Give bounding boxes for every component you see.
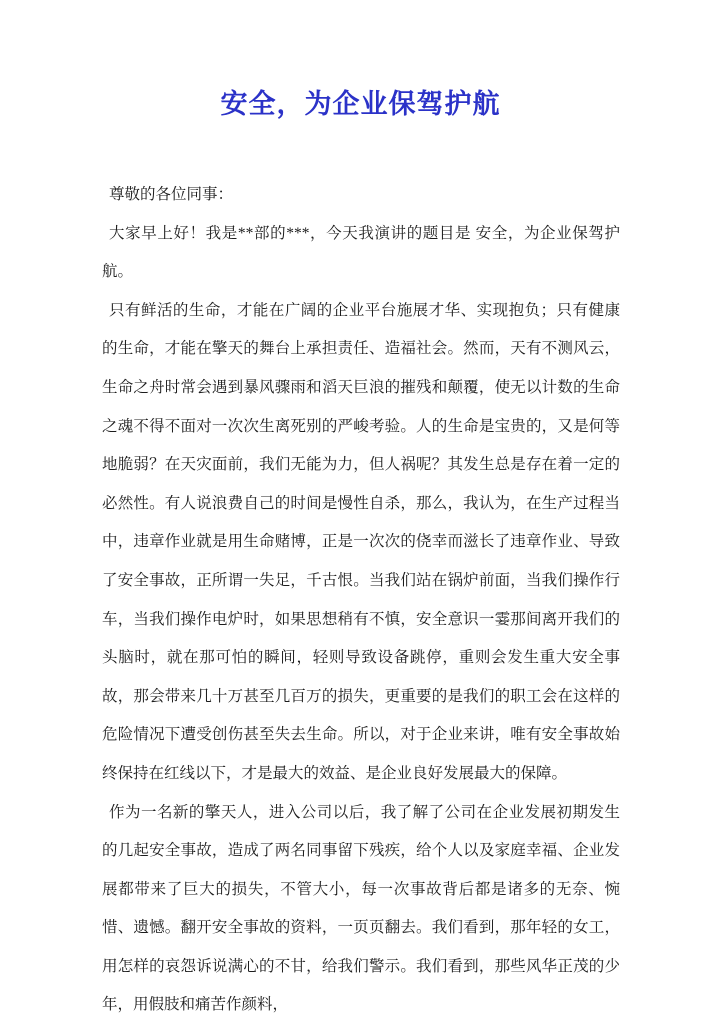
- body-paragraph: 只有鲜活的生命，才能在广阔的企业平台施展才华、实现抱负；只有健康的生命，才能在擎…: [102, 292, 620, 794]
- document-body: 尊敬的各位同事： 大家早上好！我是**部的***，今天我演讲的题目是 安全，为企…: [102, 176, 620, 1020]
- document-title: 安全，为企业保驾护航: [0, 0, 721, 124]
- greeting-paragraph: 大家早上好！我是**部的***，今天我演讲的题目是 安全，为企业保驾护航。: [102, 215, 620, 292]
- body-paragraph: 作为一名新的擎天人，进入公司以后，我了解了公司在企业发展初期发生的几起安全事故，…: [102, 794, 620, 1020]
- document-page: 安全，为企业保驾护航 尊敬的各位同事： 大家早上好！我是**部的***，今天我演…: [0, 0, 721, 1020]
- salutation-paragraph: 尊敬的各位同事：: [102, 176, 620, 215]
